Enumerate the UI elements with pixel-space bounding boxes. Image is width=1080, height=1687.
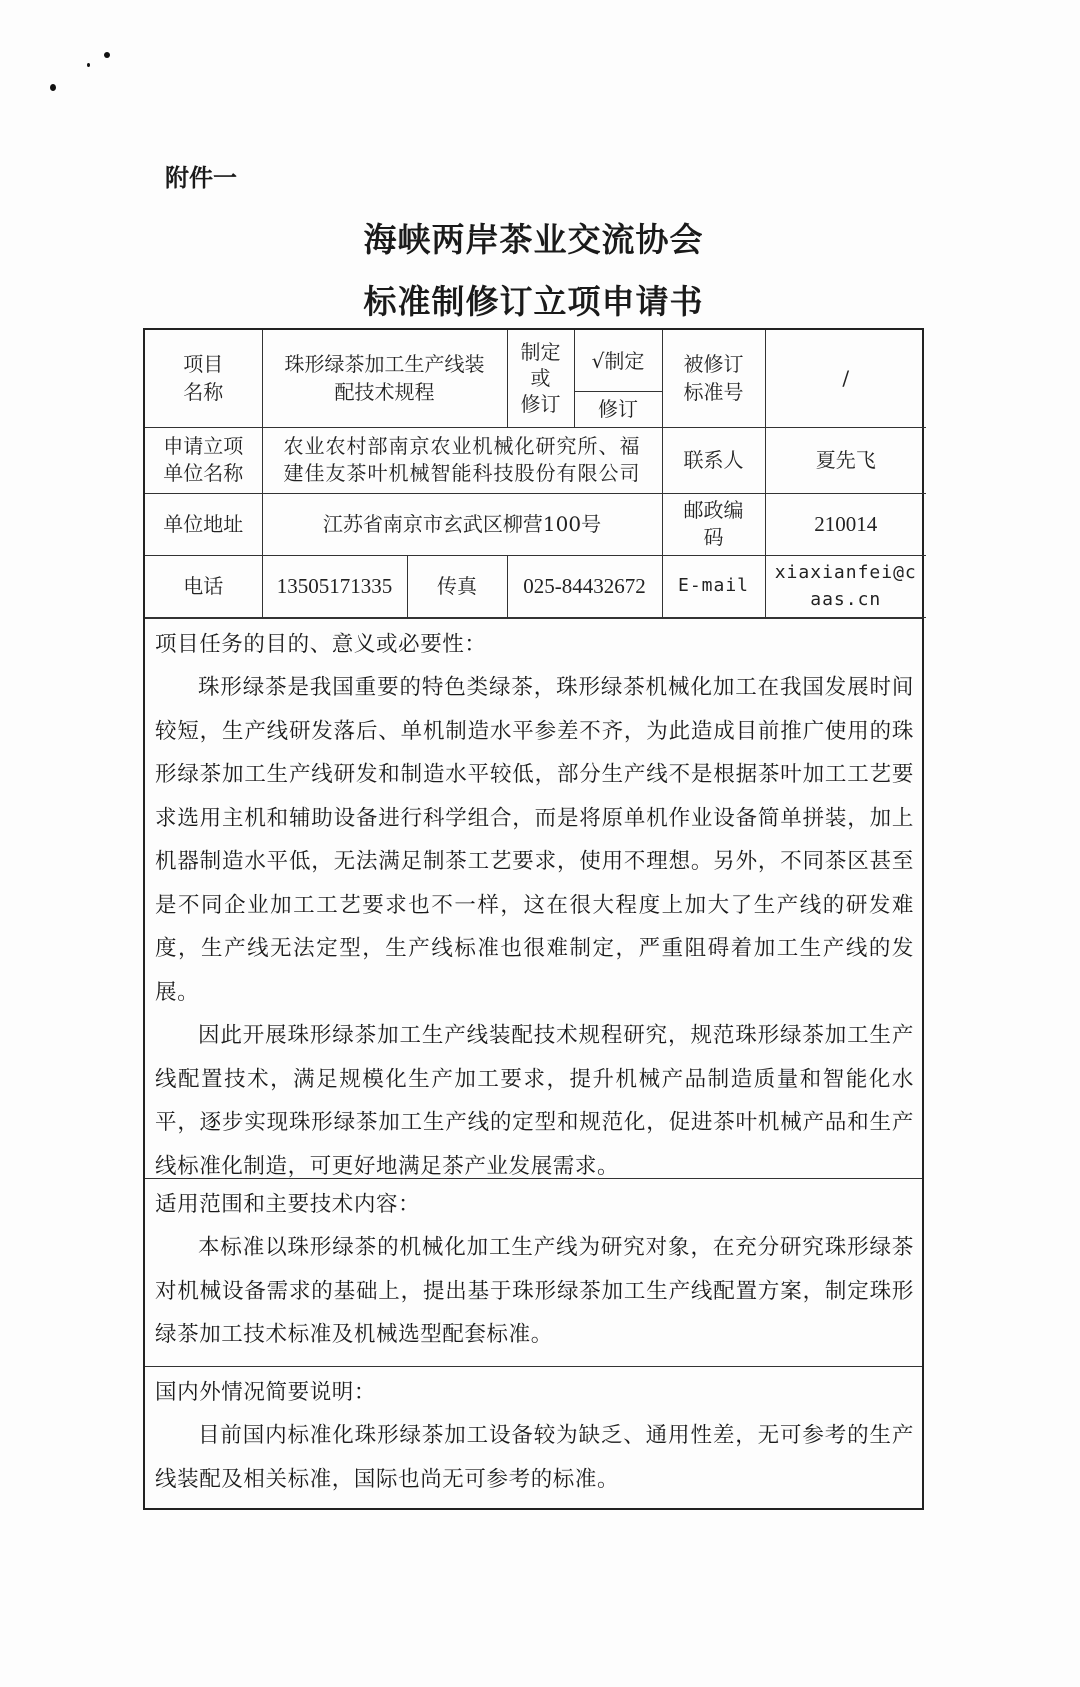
type-label: 制定 或 修订 — [507, 330, 574, 427]
postal-code-label: 邮政编 码 — [662, 493, 765, 555]
info-table: 项目 名称 珠形绿茶加工生产线装 配技术规程 制定 或 修订 √制定 修订 被修… — [145, 330, 926, 618]
row-phone: 电话 13505171335 传真 025-84432672 E-mail xi… — [145, 555, 926, 617]
postal-code-value: 210014 — [765, 493, 926, 555]
document-title: 标准制修订立项申请书 — [143, 276, 924, 323]
phone-label: 电话 — [145, 555, 262, 617]
revised-standard-value: / — [765, 330, 926, 427]
phone-value: 13505171335 — [262, 555, 407, 617]
section-paragraph: 目前国内标准化珠形绿茶加工设备较为缺乏、通用性差，无可参考的生产线装配及相关标准… — [155, 1414, 914, 1501]
section-paragraph: 本标准以珠形绿茶的机械化加工生产线为研究对象，在充分研究珠形绿茶对机械设备需求的… — [155, 1226, 914, 1357]
attachment-label: 附件一 — [165, 158, 237, 193]
applicant-unit-value: 农业农村部南京农业机械化研究所、福 建佳友茶叶机械智能科技股份有限公司 — [262, 427, 662, 493]
row-address: 单位地址 江苏省南京市玄武区柳营100号 邮政编 码 210014 — [145, 493, 926, 555]
section-paragraph: 因此开展珠形绿茶加工生产线装配技术规程研究，规范珠形绿茶加工生产线配置技术，满足… — [155, 1014, 914, 1188]
row-applicant: 申请立项 单位名称 农业农村部南京农业机械化研究所、福 建佳友茶叶机械智能科技股… — [145, 427, 926, 493]
contact-person-value: 夏先飞 — [765, 427, 926, 493]
section-heading: 项目任务的目的、意义或必要性： — [155, 623, 914, 667]
row-project-name: 项目 名称 珠形绿茶加工生产线装 配技术规程 制定 或 修订 √制定 修订 被修… — [145, 330, 926, 427]
section-scope: 适用范围和主要技术内容： 本标准以珠形绿茶的机械化加工生产线为研究对象，在充分研… — [145, 1178, 922, 1366]
scan-dot — [87, 63, 90, 67]
scan-dot — [50, 84, 56, 91]
section-heading: 适用范围和主要技术内容： — [155, 1183, 914, 1227]
type-options: √制定 修订 — [574, 330, 662, 427]
section-purpose: 项目任务的目的、意义或必要性： 珠形绿茶是我国重要的特色类绿茶，珠形绿茶机械化加… — [145, 618, 922, 1178]
contact-person-label: 联系人 — [662, 427, 765, 493]
scan-dot — [104, 52, 110, 58]
address-label: 单位地址 — [145, 493, 262, 555]
project-name-label: 项目 名称 — [145, 330, 262, 427]
project-name-value: 珠形绿茶加工生产线装 配技术规程 — [262, 330, 507, 427]
email-value: xiaxianfei@c aas.cn — [765, 555, 926, 617]
fax-value: 025-84432672 — [507, 555, 662, 617]
type-option-revise[interactable]: 修订 — [575, 391, 662, 426]
fax-label: 传真 — [407, 555, 507, 617]
section-paragraph: 珠形绿茶是我国重要的特色类绿茶，珠形绿茶机械化加工在我国发展时间较短，生产线研发… — [155, 666, 914, 1014]
document-title-organization: 海峡两岸茶业交流协会 — [143, 214, 924, 261]
section-domestic-international: 国内外情况简要说明： 目前国内标准化珠形绿茶加工设备较为缺乏、通用性差，无可参考… — [145, 1366, 922, 1508]
address-value: 江苏省南京市玄武区柳营100号 — [262, 493, 662, 555]
type-option-establish[interactable]: √制定 — [575, 331, 662, 392]
section-heading: 国内外情况简要说明： — [155, 1371, 914, 1415]
application-form: 项目 名称 珠形绿茶加工生产线装 配技术规程 制定 或 修订 √制定 修订 被修… — [143, 328, 924, 1510]
applicant-unit-label: 申请立项 单位名称 — [145, 427, 262, 493]
revised-standard-label: 被修订 标准号 — [662, 330, 765, 427]
email-label: E-mail — [662, 555, 765, 617]
